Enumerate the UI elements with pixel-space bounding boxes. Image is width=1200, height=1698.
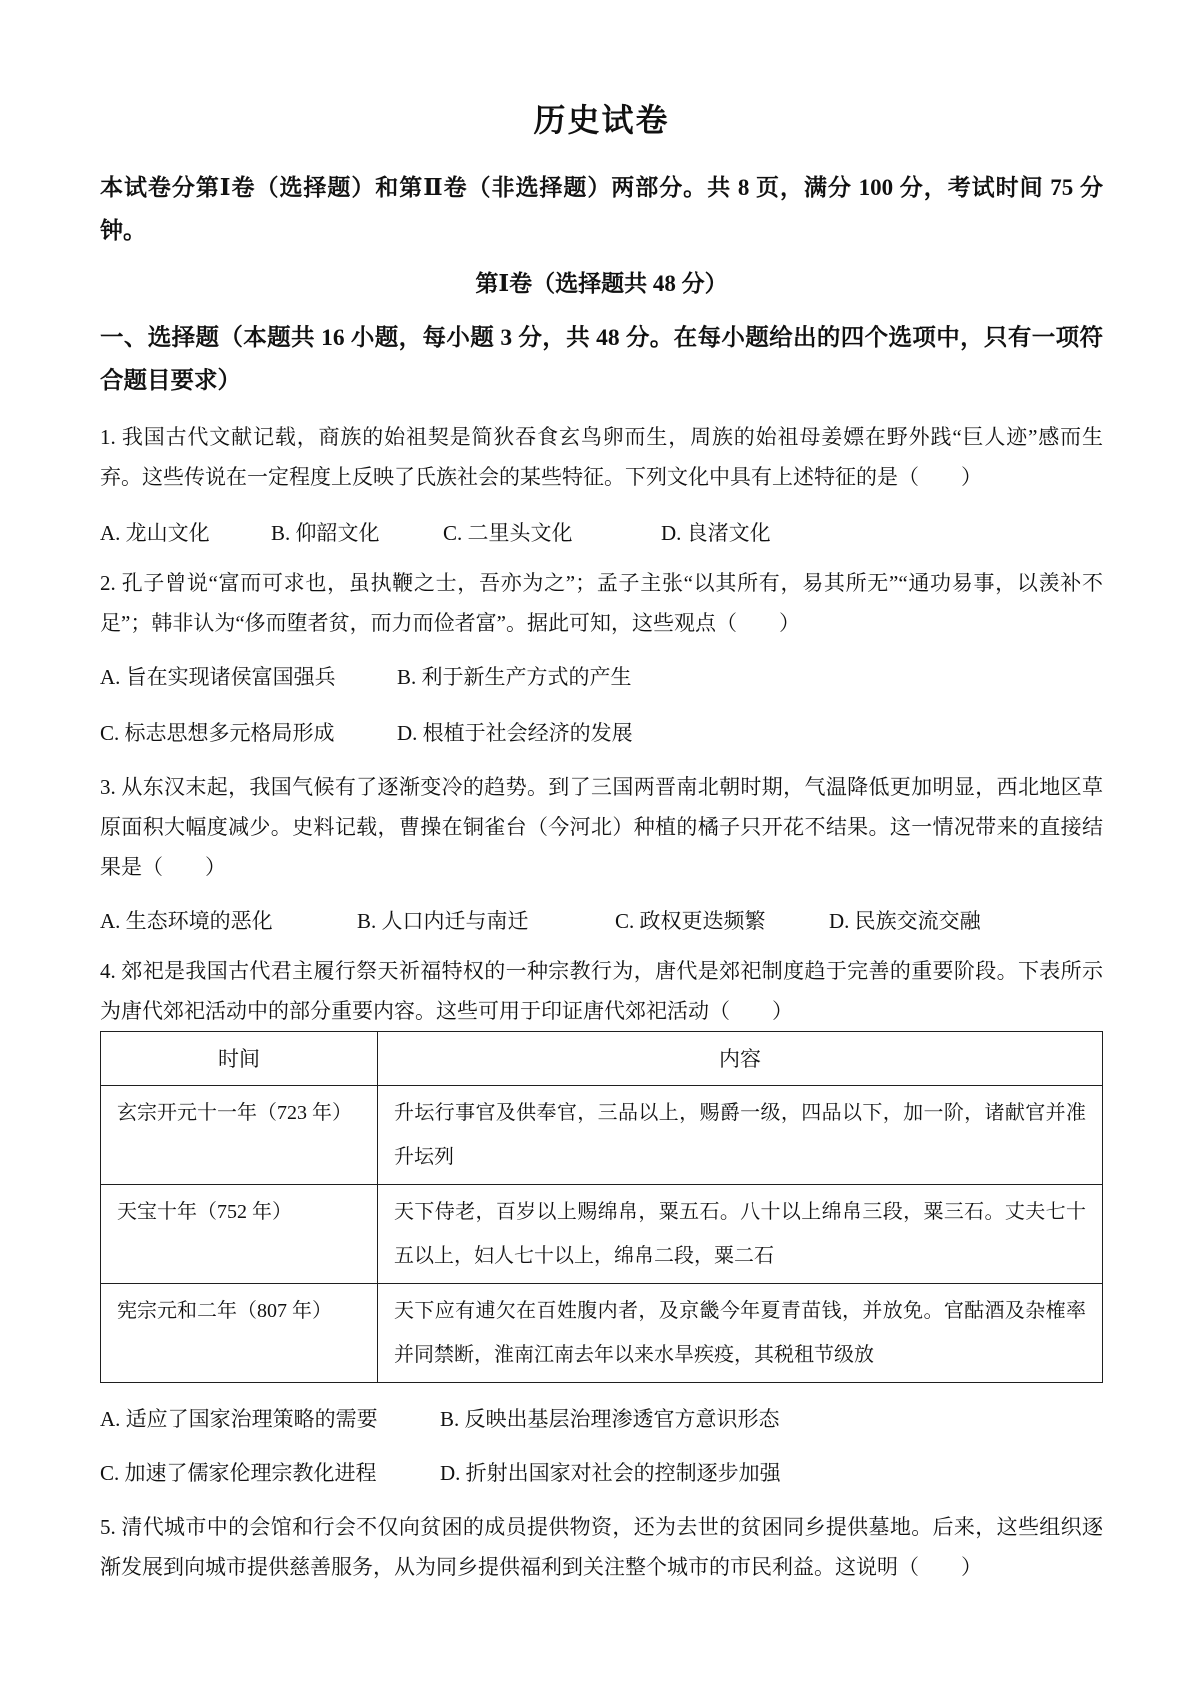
table-header-row: 时间 内容 (101, 1032, 1103, 1086)
question-2-options-cd: C. 标志思想多元格局形成 D. 根植于社会经济的发展 (100, 713, 1103, 753)
question-4-option-a: A. 适应了国家治理策略的需要 (100, 1399, 440, 1439)
question-3: 3. 从东汉末起，我国气候有了逐渐变冷的趋势。到了三国两晋南北朝时期，气温降低更… (100, 767, 1103, 941)
question-2-options-ab: A. 旨在实现诸侯富国强兵 B. 利于新生产方式的产生 (100, 657, 1103, 697)
table-row-3-content: 天下应有逋欠在百姓腹内者，及京畿今年夏青苗钱，并放免。官酤酒及杂榷率并同禁断，淮… (378, 1284, 1103, 1383)
table-row-2: 天宝十年（752 年） 天下侍老，百岁以上赐绵帛，粟五石。八十以上绵帛三段，粟三… (101, 1185, 1103, 1284)
table-row-2-time: 天宝十年（752 年） (101, 1185, 378, 1284)
question-1-text: 1. 我国古代文献记载，商族的始祖契是简狄吞食玄鸟卵而生，周族的始祖母姜嫖在野外… (100, 417, 1103, 497)
question-3-option-a: A. 生态环境的恶化 (100, 901, 357, 941)
question-1-option-c: C. 二里头文化 (443, 513, 661, 553)
question-2-option-b: B. 利于新生产方式的产生 (397, 657, 632, 697)
question-2-option-d: D. 根植于社会经济的发展 (397, 713, 633, 753)
page-title: 历史试卷 (100, 100, 1103, 140)
question-1-options: A. 龙山文化 B. 仰韶文化 C. 二里头文化 D. 良渚文化 (100, 513, 1103, 553)
question-3-option-c: C. 政权更迭频繁 (615, 901, 829, 941)
question-4-option-b: B. 反映出基层治理渗透官方意识形态 (440, 1399, 780, 1439)
question-4: 4. 郊祀是我国古代君主履行祭天祈福特权的一种宗教行为，唐代是郊祀制度趋于完善的… (100, 951, 1103, 1493)
question-1-option-d: D. 良渚文化 (661, 513, 771, 553)
table-header-time: 时间 (101, 1032, 378, 1086)
question-1-option-b: B. 仰韶文化 (271, 513, 443, 553)
question-4-table: 时间 内容 玄宗开元十一年（723 年） 升坛行事官及供奉官，三品以上，赐爵一级… (100, 1031, 1103, 1383)
question-2: 2. 孔子曾说“富而可求也，虽执鞭之士，吾亦为之”；孟子主张“以其所有，易其所无… (100, 563, 1103, 753)
question-3-options: A. 生态环境的恶化 B. 人口内迁与南迁 C. 政权更迭频繁 D. 民族交流交… (100, 901, 1103, 941)
table-row-1-time: 玄宗开元十一年（723 年） (101, 1086, 378, 1185)
question-2-option-a: A. 旨在实现诸侯富国强兵 (100, 657, 397, 697)
section1-heading: 一、选择题（本题共 16 小题，每小题 3 分，共 48 分。在每小题给出的四个… (100, 317, 1103, 403)
question-2-option-c: C. 标志思想多元格局形成 (100, 713, 397, 753)
question-3-text: 3. 从东汉末起，我国气候有了逐渐变冷的趋势。到了三国两晋南北朝时期，气温降低更… (100, 767, 1103, 887)
question-5: 5. 清代城市中的会馆和行会不仅向贫困的成员提供物资，还为去世的贫困同乡提供墓地… (100, 1507, 1103, 1587)
question-4-options-cd: C. 加速了儒家伦理宗教化进程 D. 折射出国家对社会的控制逐步加强 (100, 1453, 1103, 1493)
table-row-3: 宪宗元和二年（807 年） 天下应有逋欠在百姓腹内者，及京畿今年夏青苗钱，并放免… (101, 1284, 1103, 1383)
exam-intro: 本试卷分第Ⅰ卷（选择题）和第Ⅱ卷（非选择题）两部分。共 8 页，满分 100 分… (100, 166, 1103, 252)
question-4-options-ab: A. 适应了国家治理策略的需要 B. 反映出基层治理渗透官方意识形态 (100, 1399, 1103, 1439)
question-1: 1. 我国古代文献记载，商族的始祖契是简狄吞食玄鸟卵而生，周族的始祖母姜嫖在野外… (100, 417, 1103, 553)
question-4-text: 4. 郊祀是我国古代君主履行祭天祈福特权的一种宗教行为，唐代是郊祀制度趋于完善的… (100, 951, 1103, 1031)
question-4-option-c: C. 加速了儒家伦理宗教化进程 (100, 1453, 440, 1493)
question-5-text: 5. 清代城市中的会馆和行会不仅向贫困的成员提供物资，还为去世的贫困同乡提供墓地… (100, 1507, 1103, 1587)
question-1-option-a: A. 龙山文化 (100, 513, 271, 553)
question-4-option-d: D. 折射出国家对社会的控制逐步加强 (440, 1453, 781, 1493)
table-row-2-content: 天下侍老，百岁以上赐绵帛，粟五石。八十以上绵帛三段，粟三石。丈夫七十五以上，妇人… (378, 1185, 1103, 1284)
question-3-option-d: D. 民族交流交融 (829, 901, 981, 941)
part1-heading: 第Ⅰ卷（选择题共 48 分） (100, 262, 1103, 305)
table-row-3-time: 宪宗元和二年（807 年） (101, 1284, 378, 1383)
table-header-content: 内容 (378, 1032, 1103, 1086)
question-2-text: 2. 孔子曾说“富而可求也，虽执鞭之士，吾亦为之”；孟子主张“以其所有，易其所无… (100, 563, 1103, 643)
table-row-1-content: 升坛行事官及供奉官，三品以上，赐爵一级，四品以下，加一阶，诸献官并准升坛列 (378, 1086, 1103, 1185)
exam-page: 历史试卷 本试卷分第Ⅰ卷（选择题）和第Ⅱ卷（非选择题）两部分。共 8 页，满分 … (0, 0, 1200, 1698)
question-3-option-b: B. 人口内迁与南迁 (357, 901, 615, 941)
table-row-1: 玄宗开元十一年（723 年） 升坛行事官及供奉官，三品以上，赐爵一级，四品以下，… (101, 1086, 1103, 1185)
